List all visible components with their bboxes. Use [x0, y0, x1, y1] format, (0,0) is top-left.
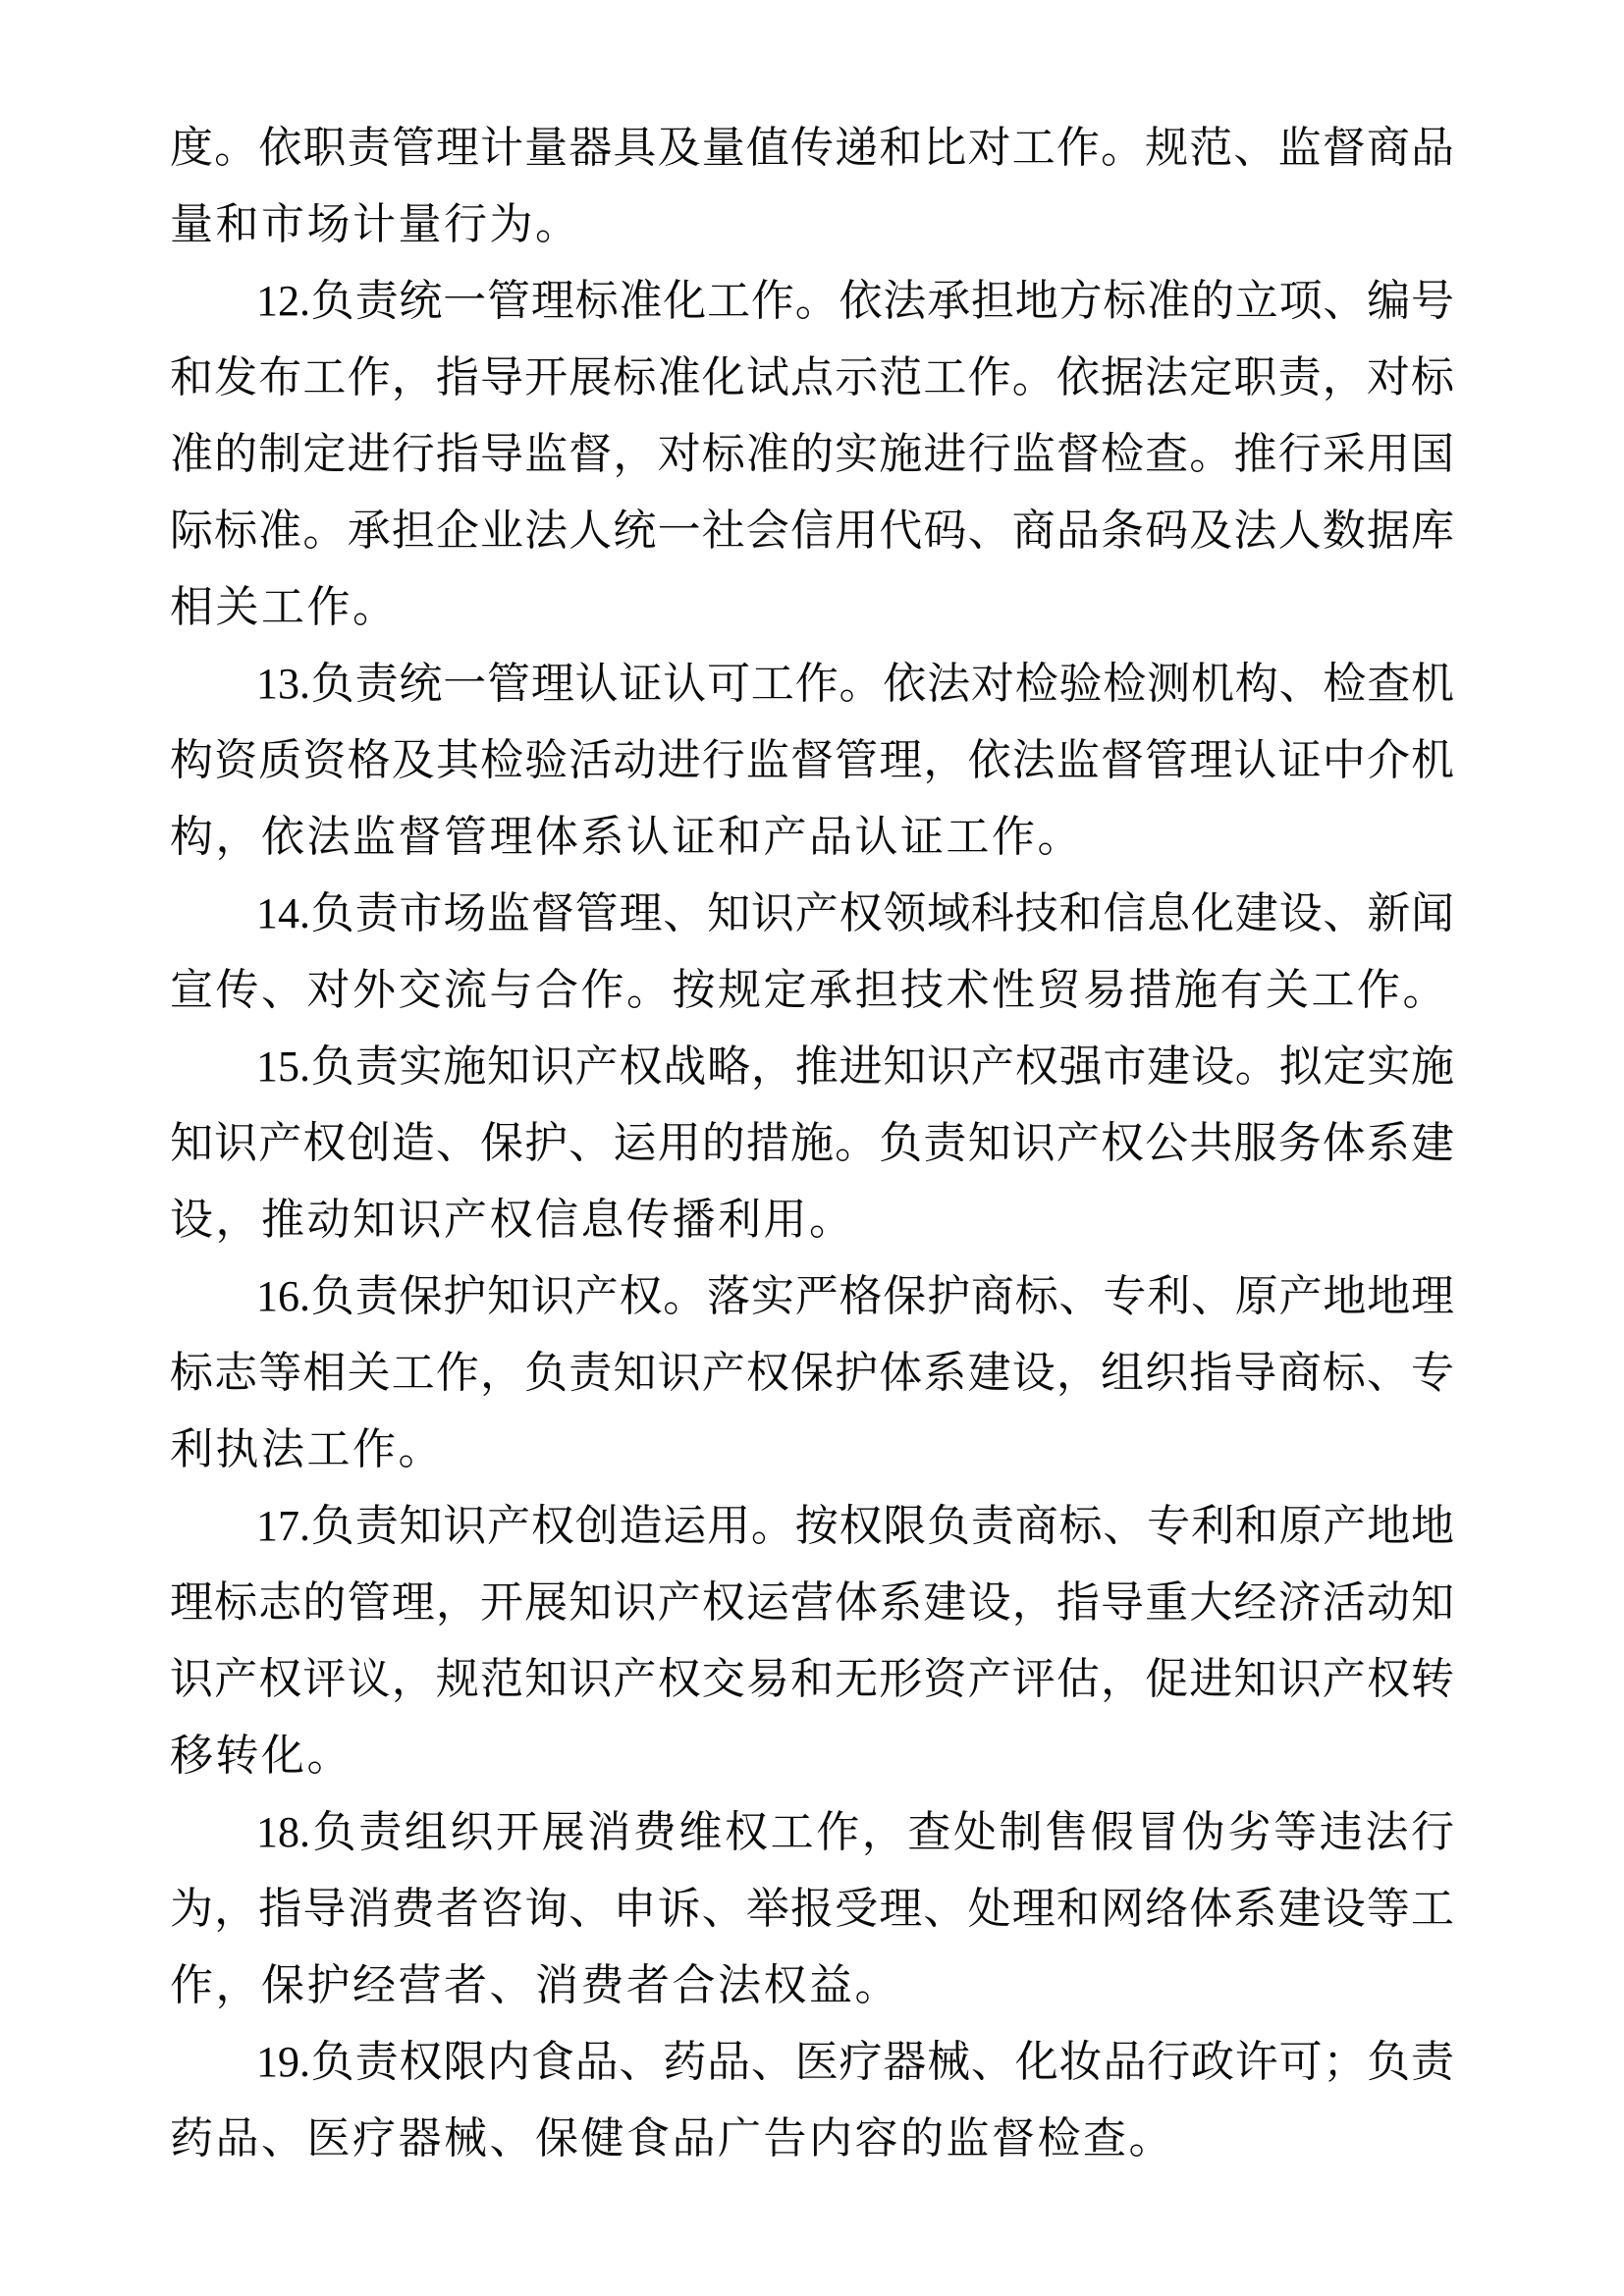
text-line: 14.负责市场监督管理、知识产权领域科技和信息化建设、新闻	[170, 876, 1454, 952]
text-line: 12.负责统一管理标准化工作。依法承担地方标准的立项、编号	[170, 263, 1454, 340]
text-line: 构，依法监督管理体系认证和产品认证工作。	[170, 799, 1454, 876]
text-line: 利执法工作。	[170, 1412, 1454, 1488]
text-line: 19.负责权限内食品、药品、医疗器械、化妆品行政许可；负责	[170, 2024, 1454, 2101]
text-line: 药品、医疗器械、保健食品广告内容的监督检查。	[170, 2101, 1454, 2177]
text-line: 为，指导消费者咨询、申诉、举报受理、处理和网络体系建设等工	[170, 1871, 1454, 1948]
text-line: 宣传、对外交流与合作。按规定承担技术性贸易措施有关工作。	[170, 952, 1454, 1029]
text-line: 作，保护经营者、消费者合法权益。	[170, 1948, 1454, 2024]
text-line: 度。依职责管理计量器具及量值传递和比对工作。规范、监督商品	[170, 110, 1454, 187]
text-line: 17.负责知识产权创造运用。按权限负责商标、专利和原产地地	[170, 1488, 1454, 1565]
text-line: 18.负责组织开展消费维权工作，查处制售假冒伪劣等违法行	[170, 1794, 1454, 1871]
document-page: 度。依职责管理计量器具及量值传递和比对工作。规范、监督商品量和市场计量行为。12…	[0, 0, 1624, 2296]
text-line: 量和市场计量行为。	[170, 187, 1454, 263]
text-line: 设，推动知识产权信息传播利用。	[170, 1182, 1454, 1258]
text-line: 和发布工作，指导开展标准化试点示范工作。依据法定职责，对标	[170, 340, 1454, 416]
document-body: 度。依职责管理计量器具及量值传递和比对工作。规范、监督商品量和市场计量行为。12…	[170, 110, 1454, 2177]
text-line: 相关工作。	[170, 569, 1454, 646]
text-line: 际标准。承担企业法人统一社会信用代码、商品条码及法人数据库	[170, 493, 1454, 569]
text-line: 理标志的管理，开展知识产权运营体系建设，指导重大经济活动知	[170, 1565, 1454, 1641]
text-line: 构资质资格及其检验活动进行监督管理，依法监督管理认证中介机	[170, 722, 1454, 799]
text-line: 16.负责保护知识产权。落实严格保护商标、专利、原产地地理	[170, 1258, 1454, 1335]
text-line: 13.负责统一管理认证认可工作。依法对检验检测机构、检查机	[170, 646, 1454, 722]
text-line: 准的制定进行指导监督，对标准的实施进行监督检查。推行采用国	[170, 416, 1454, 493]
text-line: 标志等相关工作，负责知识产权保护体系建设，组织指导商标、专	[170, 1335, 1454, 1412]
text-line: 移转化。	[170, 1718, 1454, 1794]
text-line: 15.负责实施知识产权战略，推进知识产权强市建设。拟定实施	[170, 1029, 1454, 1105]
text-line: 识产权评议，规范知识产权交易和无形资产评估，促进知识产权转	[170, 1641, 1454, 1718]
text-line: 知识产权创造、保护、运用的措施。负责知识产权公共服务体系建	[170, 1105, 1454, 1182]
